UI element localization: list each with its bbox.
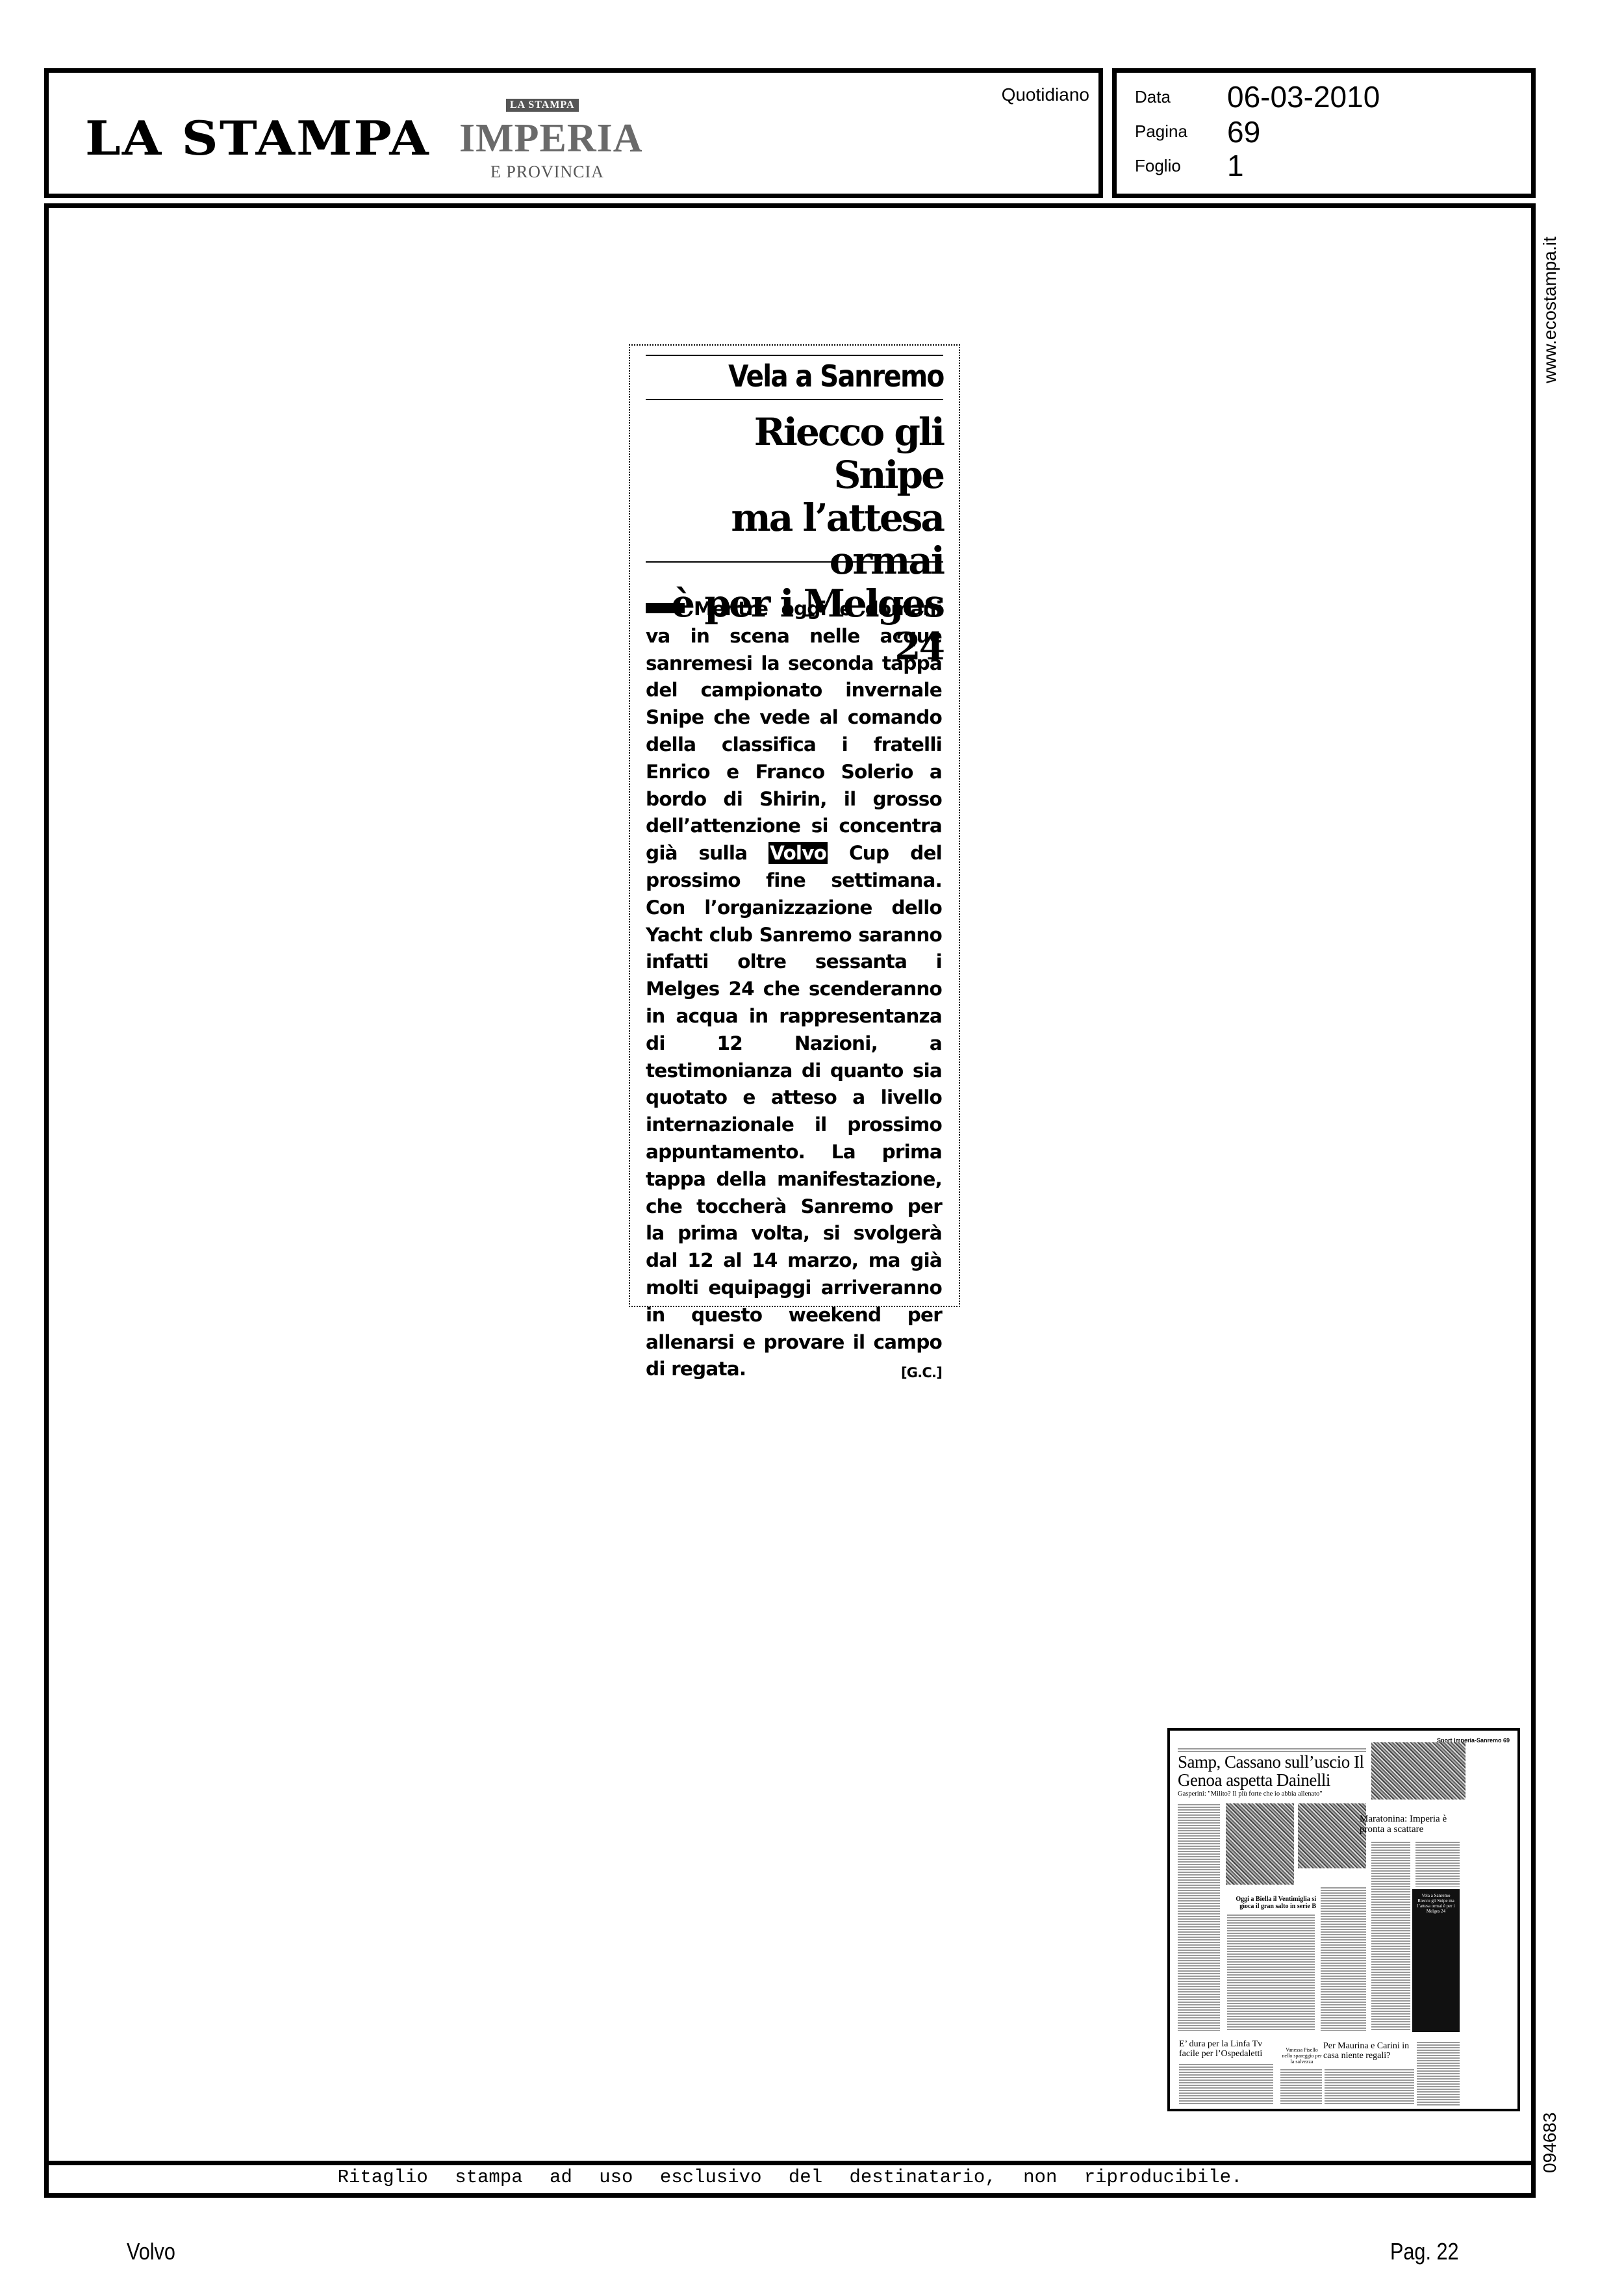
thumbnail-photo (1371, 1742, 1465, 1800)
copyright-note: Ritaglio stampa ad uso esclusivo del des… (44, 2167, 1536, 2188)
thumbnail-story-headline: E’ dura per la Linfa Tv facile per l’Osp… (1179, 2039, 1273, 2059)
periodicity-label: Quotidiano (1002, 84, 1089, 105)
kicker-rule (646, 399, 943, 400)
footer-band: Ritaglio stampa ad uso esclusivo del des… (44, 2161, 1536, 2198)
thumbnail-story-headline: Per Maurina e Carini in casa niente rega… (1323, 2041, 1414, 2061)
thumbnail-text-block (1179, 2063, 1273, 2105)
headline-line: Riecco gli Snipe (638, 411, 943, 496)
thumbnail-text-block (1178, 1803, 1220, 2031)
thumbnail-story-headline: Oggi a Biella il Ventimiglia si gioca il… (1235, 1896, 1316, 1910)
top-rule (646, 355, 943, 356)
edition-logo: IMPERIA (459, 116, 643, 162)
headline-line: ma l’attesa ormai (638, 496, 943, 582)
masthead-box: LA STAMPA LA STAMPA IMPERIA E PROVINCIA … (44, 68, 1103, 198)
page-value: 69 (1227, 117, 1260, 147)
page-label: Pagina (1135, 121, 1187, 142)
source-url[interactable]: www.ecostampa.it (1540, 236, 1560, 383)
thumbnail-headline: Samp, Cassano sull’uscio Il Genoa aspett… (1178, 1753, 1366, 1789)
thumbnail-photo (1226, 1803, 1294, 1885)
thumbnail-text-block (1415, 1841, 1460, 1887)
thumbnail-text-block (1325, 2068, 1414, 2105)
page-number: Pag. 22 (1390, 2238, 1458, 2265)
thumbnail-highlighted-article: Vela a Sanremo Riecco gli Snipe ma l’att… (1412, 1889, 1460, 2032)
article-kicker: Vela a Sanremo (728, 359, 943, 394)
thumbnail-text-block (1417, 2041, 1460, 2105)
page-thumbnail: Sport Imperia-Sanremo 69 Samp, Cassano s… (1167, 1728, 1520, 2111)
thumbnail-text-block (1371, 1841, 1410, 2031)
keyword-highlight: Volvo (768, 842, 828, 864)
search-keyword: Volvo (127, 2238, 175, 2265)
sheet-label: Foglio (1135, 156, 1181, 176)
body-text-part: Cup del prossimo fine settimana. Con l’o… (646, 842, 942, 1380)
sheet-value: 1 (1227, 151, 1244, 181)
date-value: 06-03-2010 (1227, 82, 1380, 112)
thumbnail-text-block (1280, 2068, 1322, 2105)
thumbnail-subhead: Gasperini: "Milito? Il più forte che io … (1178, 1790, 1366, 1798)
thumbnail-text-block (1227, 1914, 1315, 2031)
publication-meta-box: Data 06-03-2010 Pagina 69 Foglio 1 (1112, 68, 1536, 198)
article-byline: [G.C.] (901, 1360, 942, 1387)
edition-logo-tag: LA STAMPA (506, 99, 579, 112)
edition-logo-subtitle: E PROVINCIA (490, 162, 604, 182)
lead-bar-icon (646, 603, 685, 613)
thumbnail-story-headline: Vanessa Pisello nello spareggio per la s… (1282, 2047, 1322, 2065)
thumbnail-story-headline: Maratonina: Imperia è pronta a scattare (1360, 1814, 1451, 1835)
headline-rule (646, 561, 943, 563)
thumbnail-highlighted-title: Vela a Sanremo Riecco gli Snipe ma l’att… (1415, 1893, 1457, 1914)
date-label: Data (1135, 87, 1171, 107)
article-clipping: Vela a Sanremo Riecco gli Snipe ma l’att… (629, 344, 960, 1307)
body-text-part: Mentre oggi e domani va in scena nelle a… (646, 598, 942, 864)
newspaper-logo: LA STAMPA (85, 110, 430, 166)
clipping-code: 094683 (1540, 2113, 1560, 2173)
thumbnail-text-block (1321, 1887, 1366, 2031)
thumbnail-photo (1298, 1803, 1366, 1868)
article-body: Mentre oggi e domani va in scena nelle a… (646, 596, 942, 1387)
